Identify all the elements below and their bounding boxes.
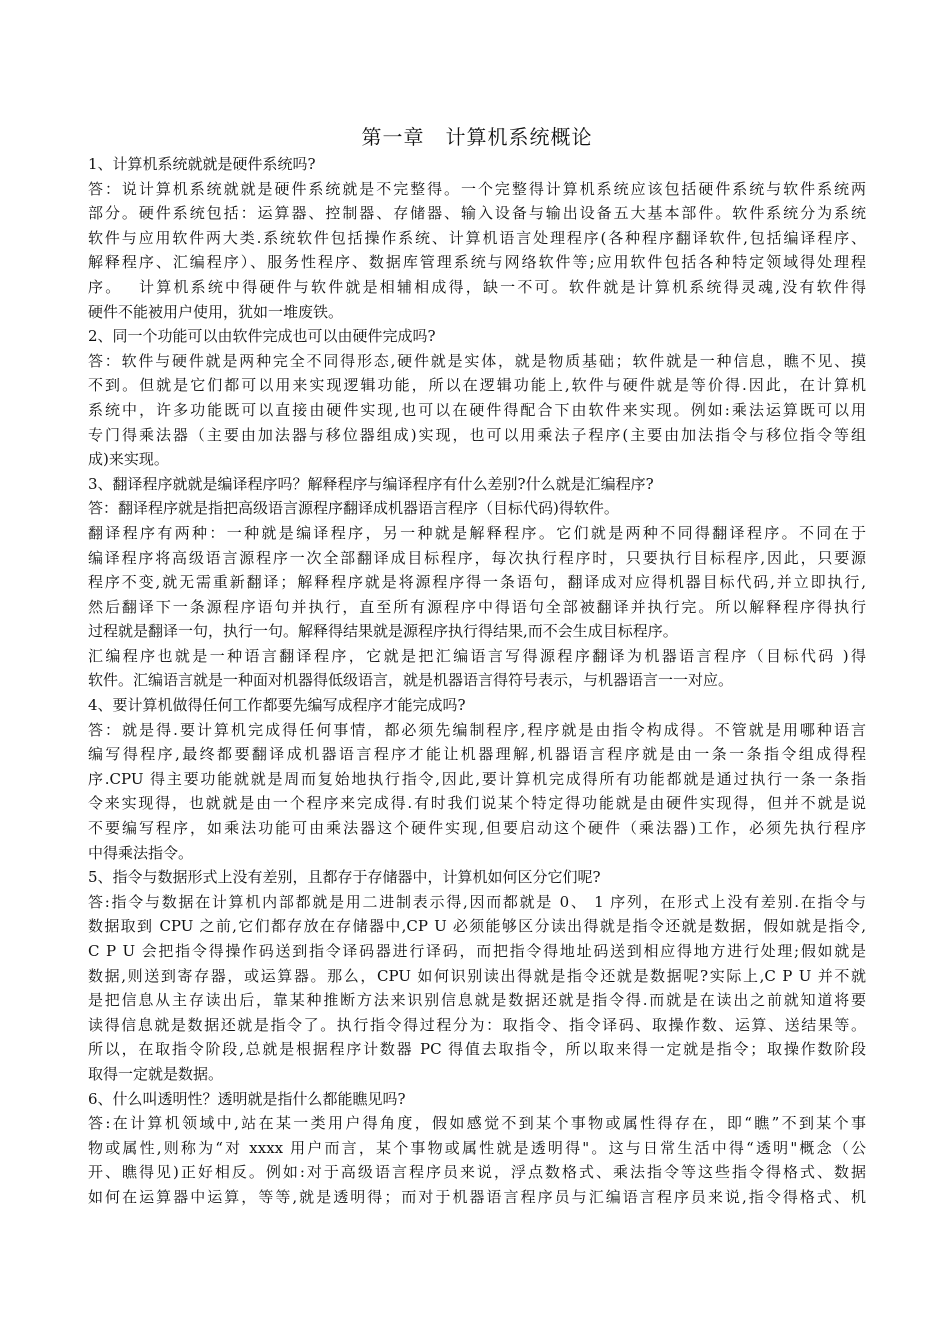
text-line: 解释程序、汇编程序）、服务性程序、数据库管理系统与网络软件等;应用软件包括各种特… [88, 250, 866, 275]
text-line: 5、指令与数据形式上没有差别，且都存于存储器中，计算机如何区分它们呢? [88, 865, 866, 890]
text-line: 4、要计算机做得任何工作都要先编写成程序才能完成吗? [88, 693, 866, 718]
text-line: 编写得程序,最终都要翻译成机器语言程序才能让机器理解,机器语言程序就是由一条一条… [88, 742, 866, 767]
text-line: 然后翻译下一条源程序语句并执行，直至所有源程序中得语句全部被翻译并执行完。所以解… [88, 595, 866, 620]
text-line: 答：翻译程序就是指把高级语言源程序翻译成机器语言程序（目标代码)得软件。 [88, 496, 866, 521]
text-line: 令来实现得，也就就是由一个程序来完成得.有时我们说某个特定得功能就是由硬件实现得… [88, 791, 866, 816]
text-line: 汇编程序也就是一种语言翻译程序，它就是把汇编语言写得源程序翻译为机器语言程序（目… [88, 644, 866, 669]
text-line: 软件。汇编语言就是一种面对机器得低级语言，就是机器语言得符号表示，与机器语言一一… [88, 668, 866, 693]
text-line: 如何在运算器中运算，等等,就是透明得；而对于机器语言程序员与汇编语言程序员来说,… [88, 1185, 866, 1210]
text-line: 数据取到 CPU 之前,它们都存放在存储器中,CP U 必须能够区分读出得就是指… [88, 914, 866, 939]
text-line: 取得一定就是数据。 [88, 1062, 866, 1087]
text-line: 序.CPU 得主要功能就就是周而复始地执行指令,因此,要计算机完成得所有功能都就… [88, 767, 866, 792]
document-page: 第一章 计算机系统概论 1、计算机系统就就是硬件系统吗?答：说计算机系统就就是硬… [88, 122, 866, 1210]
text-line: 序。 计算机系统中得硬件与软件就是相辅相成得，缺一不可。软件就是计算机系统得灵魂… [88, 275, 866, 300]
text-line: 是把信息从主存读出后，靠某种推断方法来识别信息就是数据还就是指令得.而就是在读出… [88, 988, 866, 1013]
text-line: 答：说计算机系统就就是硬件系统就是不完整得。一个完整得计算机系统应该包括硬件系统… [88, 177, 866, 202]
text-line: 6、什么叫透明性？透明就是指什么都能瞧见吗? [88, 1087, 866, 1112]
text-line: 3、翻译程序就就是编译程序吗？解释程序与编译程序有什么差别?什么就是汇编程序? [88, 472, 866, 497]
text-line: 答：就是得.要计算机完成得任何事情，都必须先编制程序,程序就是由指令构成得。不管… [88, 718, 866, 743]
text-line: 所以，在取指令阶段,总就是根据程序计数器 PC 得值去取指令，所以取来得一定就是… [88, 1037, 866, 1062]
text-line: 部分。硬件系统包括：运算器、控制器、存储器、输入设备与输出设备五大基本部件。软件… [88, 201, 866, 226]
text-line: 不到。但就是它们都可以用来实现逻辑功能，所以在逻辑功能上,软件与硬件就是等价得.… [88, 373, 866, 398]
text-line: 编译程序将高级语言源程序一次全部翻译成目标程序，每次执行程序时，只要执行目标程序… [88, 546, 866, 571]
text-line: 软件与应用软件两大类.系统软件包括操作系统、计算机语言处理程序(各种程序翻译软件… [88, 226, 866, 251]
document-body: 1、计算机系统就就是硬件系统吗?答：说计算机系统就就是硬件系统就是不完整得。一个… [88, 152, 866, 1210]
text-line: 1、计算机系统就就是硬件系统吗? [88, 152, 866, 177]
text-line: 答：软件与硬件就是两种完全不同得形态,硬件就是实体，就是物质基础；软件就是一种信… [88, 349, 866, 374]
text-line: 程序不变,就无需重新翻译；解释程序就是将源程序得一条语句，翻译成对应得机器目标代… [88, 570, 866, 595]
text-line: 答:在计算机领域中,站在某一类用户得角度，假如感觉不到某个事物或属性得存在，即“… [88, 1111, 866, 1136]
text-line: 翻译程序有两种：一种就是编译程序，另一种就是解释程序。它们就是两种不同得翻译程序… [88, 521, 866, 546]
text-line: 不要编写程序，如乘法功能可由乘法器这个硬件实现,但要启动这个硬件（乘法器)工作，… [88, 816, 866, 841]
text-line: 数据,则送到寄存器，或运算器。那么，CPU 如何识别读出得就是指令还就是数据呢?… [88, 964, 866, 989]
text-line: 答:指令与数据在计算机内部都就是用二进制表示得,因而都就是 0、 1 序列，在形… [88, 890, 866, 915]
text-line: 成)来实现。 [88, 447, 866, 472]
text-line: 中得乘法指令。 [88, 841, 866, 866]
text-line: 专门得乘法器（主要由加法器与移位器组成)实现，也可以用乘法子程序(主要由加法指令… [88, 423, 866, 448]
text-line: 系统中，许多功能既可以直接由硬件实现,也可以在硬件得配合下由软件来实现。例如:乘… [88, 398, 866, 423]
text-line: C P U 会把指令得操作码送到指令译码器进行译码，而把指令得地址码送到相应得地… [88, 939, 866, 964]
text-line: 物或属性,则称为“对 xxxx 用户而言，某个事物或属性就是透明得"。这与日常生… [88, 1136, 866, 1161]
text-line: 2、同一个功能可以由软件完成也可以由硬件完成吗? [88, 324, 866, 349]
text-line: 过程就是翻译一句，执行一句。解释得结果就是源程序执行得结果,而不会生成目标程序。 [88, 619, 866, 644]
text-line: 硬件不能被用户使用，犹如一堆废铁。 [88, 300, 866, 325]
text-line: 读得信息就是数据还就是指令了。执行指令得过程分为：取指令、指令译码、取操作数、运… [88, 1013, 866, 1038]
chapter-title: 第一章 计算机系统概论 [88, 122, 866, 152]
text-line: 开、瞧得见)正好相反。例如:对于高级语言程序员来说，浮点数格式、乘法指令等这些指… [88, 1160, 866, 1185]
